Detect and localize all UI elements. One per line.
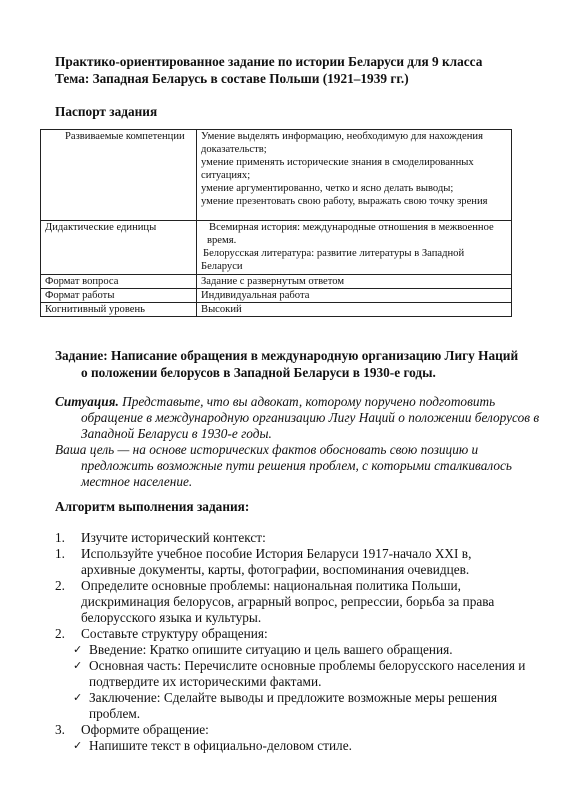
numbered-step: 3.Оформите обращение: (0, 722, 566, 738)
document-title: Практико-ориентированное задание по исто… (55, 53, 482, 70)
row-value: Задание с развернутым ответом (197, 275, 512, 289)
checkmark-icon: ✓ (73, 642, 82, 658)
step-text: Напишите текст в официально-деловом стил… (89, 738, 352, 753)
passport-heading: Паспорт задания (55, 103, 157, 120)
row-value: Всемирная история: международные отношен… (197, 221, 512, 275)
step-number: 1. (55, 530, 65, 546)
row-label: Развиваемые компетенции (41, 130, 197, 221)
step-text: Изучите исторический контекст: (81, 530, 266, 545)
situation-paragraph: Ситуация. Представьте, что вы адвокат, к… (55, 394, 545, 442)
passport-table: Развиваемые компетенции Умение выделять … (40, 129, 512, 317)
step-number: 2. (55, 578, 65, 594)
value-line: Белорусская литература: развитие литерат… (201, 247, 507, 273)
table-row: Формат работы Индивидуальная работа (41, 289, 512, 303)
table-row: Формат вопроса Задание с развернутым отв… (41, 275, 512, 289)
task-line-1: Задание: Написание обращения в междунаро… (55, 348, 518, 363)
value-line: умение презентовать свою работу, выражат… (201, 195, 507, 208)
task-line-2: о положении белорусов в Западной Беларус… (55, 364, 545, 381)
value-line: умение применять исторические знания в с… (201, 156, 507, 182)
row-label: Формат вопроса (41, 275, 197, 289)
situation-block: Ситуация. Представьте, что вы адвокат, к… (55, 394, 545, 490)
step-text: Определите основные проблемы: национальн… (81, 578, 494, 625)
situation-label: Ситуация. (55, 394, 119, 409)
value-line: умение аргументированно, четко и ясно де… (201, 182, 507, 195)
task-heading: Задание: Написание обращения в междунаро… (55, 347, 545, 381)
numbered-step: 1.Изучите исторический контекст: (0, 530, 566, 546)
table-row: Когнитивный уровень Высокий (41, 303, 512, 317)
row-label: Формат работы (41, 289, 197, 303)
document-topic: Тема: Западная Беларусь в составе Польши… (55, 70, 409, 87)
step-text: Составьте структуру обращения: (81, 626, 268, 641)
row-label: Дидактические единицы (41, 221, 197, 275)
checklist-item: ✓Основная часть: Перечислите основные пр… (0, 658, 566, 690)
row-value: Индивидуальная работа (197, 289, 512, 303)
value-line: Всемирная история: международные отношен… (201, 221, 507, 247)
value-line: Умение выделять информацию, необходимую … (201, 130, 507, 156)
step-text: Введение: Кратко опишите ситуацию и цель… (89, 642, 453, 657)
table-row: Дидактические единицы Всемирная история:… (41, 221, 512, 275)
checklist-item: ✓Напишите текст в официально-деловом сти… (0, 738, 566, 754)
table-row: Развиваемые компетенции Умение выделять … (41, 130, 512, 221)
step-number: 3. (55, 722, 65, 738)
numbered-step: 1.Используйте учебное пособие История Бе… (0, 546, 566, 578)
checkmark-icon: ✓ (73, 690, 82, 706)
goal-paragraph: Ваша цель — на основе исторических факто… (55, 442, 545, 490)
numbered-step: 2.Составьте структуру обращения: (0, 626, 566, 642)
checkmark-icon: ✓ (73, 658, 82, 674)
algorithm-list: 1.Изучите исторический контекст:1.Исполь… (0, 530, 566, 754)
checklist-item: ✓Заключение: Сделайте выводы и предложит… (0, 690, 566, 722)
algorithm-heading: Алгоритм выполнения задания: (55, 498, 249, 515)
row-label: Когнитивный уровень (41, 303, 197, 317)
row-value: Умение выделять информацию, необходимую … (197, 130, 512, 221)
checklist-item: ✓Введение: Кратко опишите ситуацию и цел… (0, 642, 566, 658)
step-text: Используйте учебное пособие История Бела… (81, 546, 471, 577)
situation-text: Представьте, что вы адвокат, которому по… (81, 394, 539, 441)
label-competencies: Развиваемые компетенции (45, 130, 192, 143)
numbered-step: 2.Определите основные проблемы: национал… (0, 578, 566, 626)
step-text: Заключение: Сделайте выводы и предложите… (89, 690, 497, 721)
row-value: Высокий (197, 303, 512, 317)
step-text: Основная часть: Перечислите основные про… (89, 658, 525, 689)
checkmark-icon: ✓ (73, 738, 82, 754)
step-text: Оформите обращение: (81, 722, 209, 737)
step-number: 1. (55, 546, 65, 562)
step-number: 2. (55, 626, 65, 642)
